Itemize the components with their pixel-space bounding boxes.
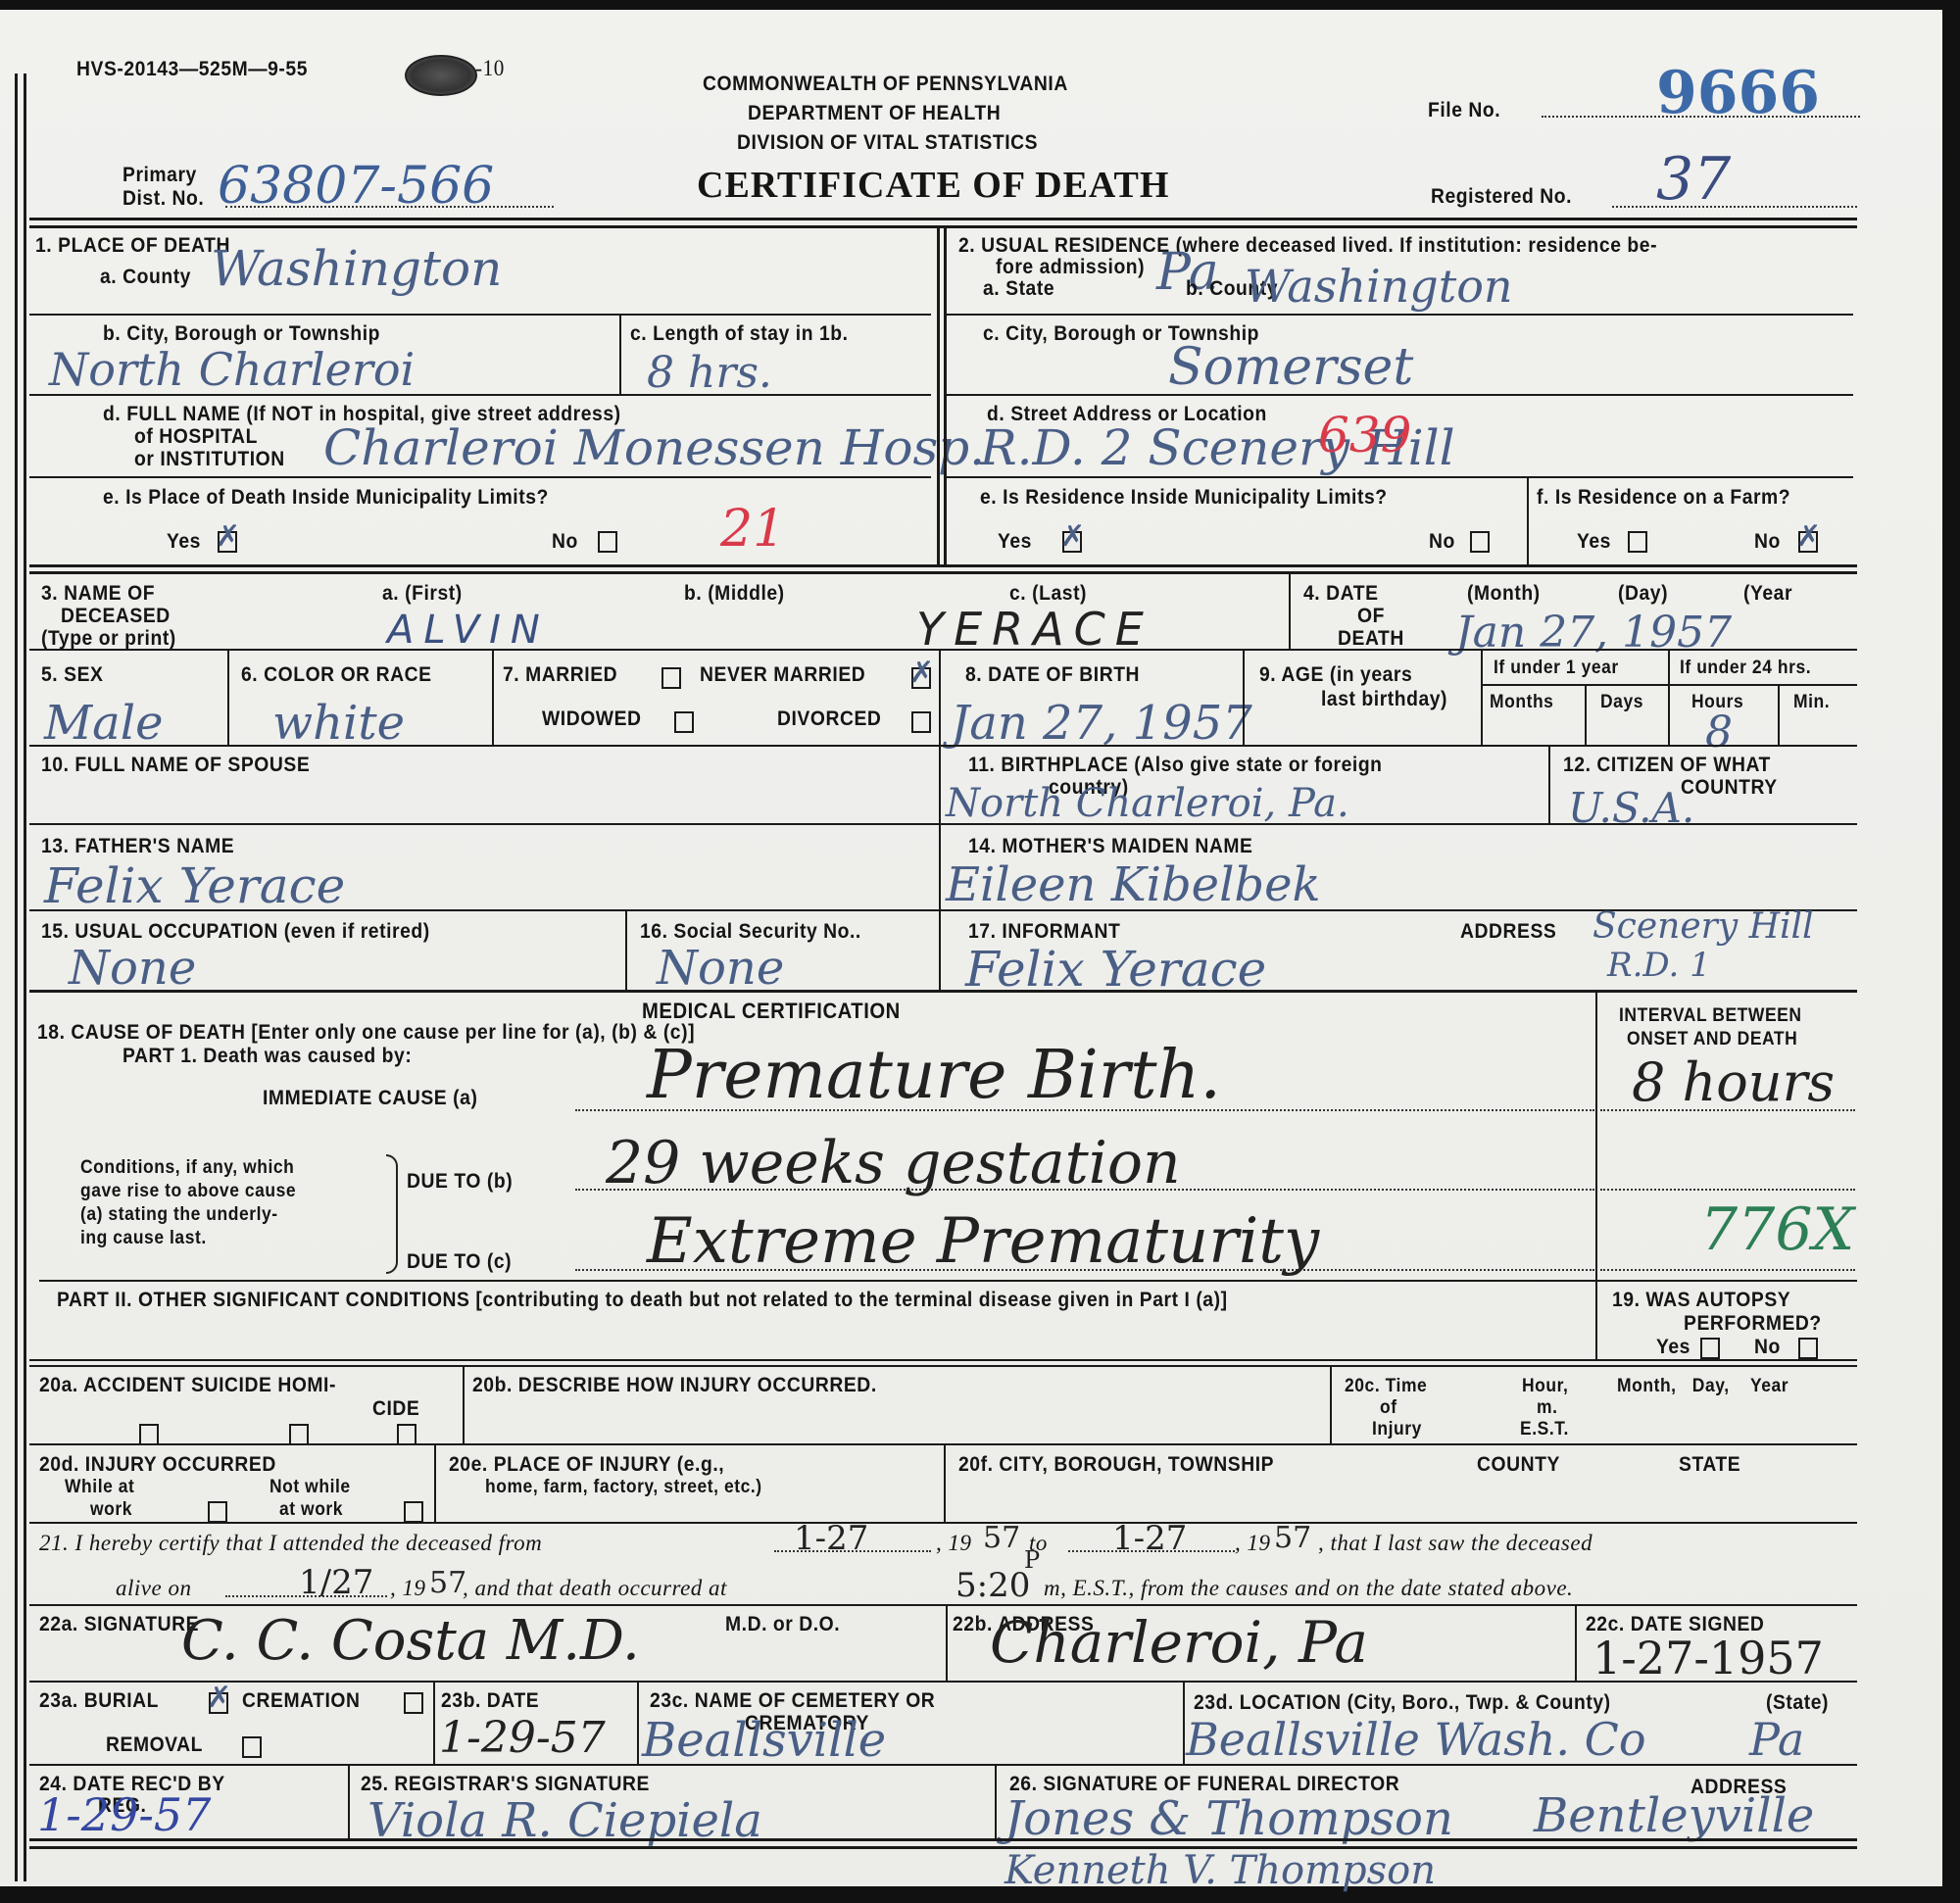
removal-checkbox[interactable]: [242, 1736, 262, 1758]
hour-label-1: Hour,: [1522, 1377, 1568, 1396]
place-county-value: Washington: [211, 240, 502, 297]
race-value: white: [272, 696, 405, 751]
injury-occurred-label: 20d. INJURY OCCURRED: [39, 1454, 276, 1476]
death-time-value: 5:20: [955, 1566, 1030, 1605]
accident-checkbox[interactable]: [139, 1424, 159, 1445]
injury-county-label: COUNTY: [1477, 1454, 1560, 1476]
days-label: Days: [1600, 693, 1643, 712]
funeral-signer-value: Kenneth V. Thompson: [1004, 1848, 1436, 1893]
occupation-label: 15. USUAL OCCUPATION (even if retired): [41, 921, 430, 943]
primary-dist-label-2: Dist. No.: [122, 188, 204, 210]
farm-no-label: No: [1754, 531, 1781, 553]
name-label-3: (Type or print): [41, 628, 176, 650]
attended-to-value: 1-27: [1112, 1519, 1187, 1558]
burial-checkbox[interactable]: [209, 1692, 228, 1714]
married-checkbox[interactable]: [661, 667, 681, 689]
informant-address-line2: R.D. 1: [1607, 946, 1711, 985]
date-recd-value: 1-29-57: [37, 1788, 211, 1841]
cremation-checkbox[interactable]: [404, 1692, 423, 1714]
alive-on-label: alive on: [116, 1576, 191, 1601]
under-24-hrs-label: If under 24 hrs.: [1680, 659, 1811, 678]
place-code-annotation: 21: [720, 500, 785, 559]
inside-limits-no-label: No: [552, 531, 578, 553]
last-name-label: c. (Last): [1009, 583, 1087, 605]
injury-city-label: 20f. CITY, BOROUGH, TOWNSHIP: [958, 1454, 1274, 1476]
ssn-label: 16. Social Security No..: [640, 921, 861, 943]
union-label-suffix: -10: [475, 57, 505, 80]
autopsy-yes-checkbox[interactable]: [1700, 1338, 1720, 1359]
left-border-outer: [15, 73, 18, 1881]
last-seen-year: 57: [429, 1566, 466, 1600]
conditions-line-3: (a) stating the underly-: [80, 1205, 278, 1225]
age-label-1: 9. AGE (in years: [1259, 664, 1412, 686]
min-label: Min.: [1793, 693, 1830, 712]
certify-year-prefix-1: , 19: [936, 1531, 972, 1556]
physician-address-value: Charleroi, Pa: [990, 1609, 1368, 1676]
describe-injury-label: 20b. DESCRIBE HOW INJURY OCCURRED.: [472, 1375, 877, 1396]
inside-limits-yes-checkbox[interactable]: [218, 531, 237, 553]
res-state-label: a. State: [983, 278, 1054, 300]
org-line-3: DIVISION OF VITAL STATISTICS: [737, 132, 1038, 154]
while-at-work-checkbox[interactable]: [208, 1501, 227, 1523]
interval-a-value: 8 hours: [1632, 1051, 1835, 1113]
time-of-injury-label-1: 20c. Time: [1345, 1377, 1427, 1396]
inside-limits-label: e. Is Place of Death Inside Municipality…: [103, 487, 549, 509]
informant-address-line1: Scenery Hill: [1592, 906, 1814, 947]
autopsy-no-checkbox[interactable]: [1798, 1338, 1818, 1359]
res-code-annotation: 639: [1318, 407, 1411, 464]
location-state-value: Pa: [1749, 1713, 1804, 1766]
due-to-c-label: DUE TO (c): [407, 1251, 512, 1273]
dod-label-1: 4. DATE: [1303, 583, 1379, 605]
hours-value: 8: [1705, 708, 1733, 757]
mother-value: Eileen Kibelbek: [946, 857, 1321, 912]
sex-value: Male: [44, 696, 164, 751]
location-value: Beallsville Wash. Co: [1186, 1713, 1646, 1766]
conditions-line-1: Conditions, if any, which: [80, 1158, 294, 1178]
informant-address-label: ADDRESS: [1460, 921, 1556, 943]
md-do-label: M.D. or D.O.: [725, 1614, 840, 1635]
autopsy-label-1: 19. WAS AUTOPSY: [1612, 1290, 1790, 1311]
month-day-year-label: Month, Day, Year: [1617, 1377, 1788, 1396]
registered-no-value: 37: [1656, 145, 1731, 214]
place-of-injury-label-2: home, farm, factory, street, etc.): [485, 1478, 762, 1497]
usual-residence-section-label-2: fore admission): [996, 257, 1145, 278]
farm-yes-label: Yes: [1577, 531, 1611, 553]
hospital-label-2: of HOSPITAL: [134, 426, 258, 448]
certificate-title: CERTIFICATE OF DEATH: [697, 164, 1169, 207]
hospital-value: Charleroi Monessen Hosp.: [323, 419, 985, 476]
injury-manner-label: 20a. ACCIDENT SUICIDE HOMI-: [39, 1375, 336, 1396]
physician-signature-value: C. C. Costa M.D.: [181, 1609, 640, 1673]
informant-label: 17. INFORMANT: [968, 921, 1120, 943]
dod-year-label: (Year: [1743, 583, 1792, 605]
months-label: Months: [1490, 693, 1553, 712]
last-name-value: YERACE: [916, 603, 1153, 656]
autopsy-label-2: PERFORMED?: [1684, 1313, 1822, 1335]
location-label: 23d. LOCATION (City, Boro., Twp. & Count…: [1194, 1692, 1611, 1714]
burial-date-label: 23b. DATE: [441, 1690, 539, 1712]
cremation-label: CREMATION: [242, 1690, 361, 1712]
immediate-cause-label: IMMEDIATE CAUSE (a): [263, 1088, 477, 1109]
divorced-checkbox[interactable]: [911, 711, 931, 733]
injury-manner-label-2: CIDE: [372, 1398, 419, 1420]
married-label: 7. MARRIED: [503, 664, 617, 686]
place-of-injury-label-1: 20e. PLACE OF INJURY (e.g.,: [449, 1454, 724, 1476]
alive-year-prefix: , 19: [390, 1576, 426, 1601]
time-of-injury-label-2: of: [1380, 1398, 1397, 1418]
certificate-paper: HVS-20143—525M—9-55 -10 COMMONWEALTH OF …: [0, 10, 1942, 1886]
farm-yes-checkbox[interactable]: [1628, 531, 1647, 553]
occupation-value: None: [69, 941, 196, 996]
never-married-label: NEVER MARRIED: [700, 664, 865, 686]
widowed-checkbox[interactable]: [674, 711, 694, 733]
res-inside-limits-label: e. Is Residence Inside Municipality Limi…: [980, 487, 1388, 509]
location-state-label: (State): [1766, 1692, 1829, 1714]
hour-label-2: m.: [1537, 1398, 1558, 1418]
never-married-checkbox[interactable]: [911, 667, 931, 689]
race-label: 6. COLOR OR RACE: [241, 664, 432, 686]
divorced-label: DIVORCED: [777, 708, 881, 730]
physician-signature-label: 22a. SIGNATURE: [39, 1614, 199, 1635]
inside-limits-yes-label: Yes: [167, 531, 201, 553]
name-label-1: 3. NAME OF: [41, 583, 155, 605]
attended-to-year: 57: [1274, 1521, 1311, 1555]
file-no-label: File No.: [1428, 100, 1500, 122]
due-to-c-value: Extreme Prematurity: [647, 1205, 1319, 1278]
part2-label: PART II. OTHER SIGNIFICANT CONDITIONS [c…: [57, 1290, 1228, 1311]
conditions-line-4: ing cause last.: [80, 1229, 207, 1248]
father-value: Felix Yerace: [44, 857, 345, 914]
spouse-label: 10. FULL NAME OF SPOUSE: [41, 755, 310, 776]
certify-year-prefix-2: , 19: [1235, 1531, 1271, 1556]
mother-label: 14. MOTHER'S MAIDEN NAME: [968, 836, 1253, 857]
dob-label: 8. DATE OF BIRTH: [965, 664, 1140, 686]
res-inside-yes-label: Yes: [998, 531, 1032, 553]
injury-state-label: STATE: [1679, 1454, 1740, 1476]
birthplace-label-1: 11. BIRTHPLACE (Also give state or forei…: [968, 755, 1383, 776]
primary-dist-value: 63807-566: [218, 157, 494, 216]
registered-no-label: Registered No.: [1431, 186, 1572, 208]
usual-residence-section-label: 2. USUAL RESIDENCE (where deceased lived…: [958, 235, 1657, 257]
widowed-label: WIDOWED: [542, 708, 642, 730]
attended-from-year: 57: [983, 1521, 1020, 1555]
not-while-at-work-label-2: at work: [279, 1500, 343, 1520]
dod-label-3: DEATH: [1338, 628, 1404, 650]
interval-label-1: INTERVAL BETWEEN: [1619, 1006, 1802, 1026]
death-occurred-label: , and that death occurred at: [463, 1576, 727, 1601]
citizen-label-1: 12. CITIZEN OF WHAT: [1563, 755, 1771, 776]
certify-text-3: m, E.S.T., from the causes and on the da…: [1044, 1576, 1573, 1601]
res-inside-no-checkbox[interactable]: [1470, 531, 1490, 553]
dod-day-label: (Day): [1618, 583, 1668, 605]
autopsy-no-label: No: [1754, 1337, 1781, 1358]
farm-no-checkbox[interactable]: [1798, 531, 1818, 553]
first-name-label: a. (First): [382, 583, 463, 605]
res-county-value: Washington: [1245, 260, 1513, 313]
conditions-line-2: gave rise to above cause: [80, 1182, 296, 1201]
registrar-signature-label: 25. REGISTRAR'S SIGNATURE: [361, 1774, 650, 1795]
stay-label: c. Length of stay in 1b.: [630, 323, 849, 345]
immediate-cause-value: Premature Birth.: [647, 1037, 1221, 1114]
hospital-label-3: or INSTITUTION: [134, 449, 285, 470]
interval-label-2: ONSET AND DEATH: [1627, 1030, 1797, 1049]
suicide-checkbox[interactable]: [289, 1424, 309, 1445]
due-to-b-label: DUE TO (b): [407, 1171, 513, 1193]
sex-label: 5. SEX: [41, 664, 103, 686]
place-of-death-section-label: 1. PLACE OF DEATH: [35, 235, 230, 257]
not-while-at-work-label-1: Not while: [269, 1478, 351, 1497]
org-line-1: COMMONWEALTH OF PENNSYLVANIA: [703, 73, 1068, 95]
certify-text-1: 21. I hereby certify that I attended the…: [39, 1531, 542, 1556]
homicide-checkbox[interactable]: [397, 1424, 416, 1445]
certify-text-2: , that I last saw the deceased: [1318, 1531, 1592, 1556]
res-city-value: Somerset: [1168, 338, 1413, 397]
while-at-work-label-2: work: [90, 1500, 132, 1520]
part1-label: PART 1. Death was caused by:: [122, 1046, 412, 1067]
middle-name-label: b. (Middle): [684, 583, 785, 605]
county-label: a. County: [100, 267, 191, 288]
res-inside-yes-checkbox[interactable]: [1062, 531, 1082, 553]
attended-from-value: 1-27: [794, 1519, 868, 1558]
city-label: b. City, Borough or Township: [103, 323, 380, 345]
name-label-2: DECEASED: [61, 606, 171, 627]
while-at-work-label-1: While at: [65, 1478, 134, 1497]
father-label: 13. FATHER'S NAME: [41, 836, 234, 857]
form-code: HVS-20143—525M—9-55: [76, 59, 308, 80]
medical-certification-heading: MEDICAL CERTIFICATION: [642, 1000, 901, 1022]
due-to-b-value: 29 weeks gestation: [606, 1129, 1181, 1197]
cemetery-value: Beallsville: [642, 1713, 886, 1768]
dod-label-2: OF: [1357, 606, 1385, 627]
time-of-injury-label-3: Injury: [1372, 1420, 1422, 1439]
date-signed-value: 1-27-1957: [1592, 1632, 1824, 1684]
funeral-address-value: Bentleyville: [1534, 1788, 1814, 1843]
left-border-inner: [24, 73, 26, 1881]
citizen-label-2: COUNTRY: [1681, 777, 1778, 799]
farm-label: f. Is Residence on a Farm?: [1537, 487, 1790, 509]
under-1-year-label: If under 1 year: [1494, 659, 1619, 678]
dob-value: Jan 27, 1957: [951, 696, 1252, 751]
res-inside-no-label: No: [1429, 531, 1455, 553]
cemetery-label-1: 23c. NAME OF CEMETERY OR: [650, 1690, 935, 1712]
first-name-value: ALVIN: [387, 608, 550, 653]
cause-code-annotation: 776X: [1700, 1195, 1854, 1264]
dod-month-label: (Month): [1467, 583, 1541, 605]
last-seen-value: 1/27: [299, 1563, 373, 1602]
file-no-value: 9666: [1656, 59, 1820, 127]
primary-dist-label-1: Primary: [122, 165, 197, 186]
death-time-ampm: P: [1024, 1546, 1040, 1574]
not-while-at-work-checkbox[interactable]: [404, 1501, 423, 1523]
age-label-2: last birthday): [1321, 689, 1447, 710]
stay-value: 8 hrs.: [647, 348, 772, 398]
conditions-brace: [386, 1154, 398, 1274]
birthplace-value: North Charleroi, Pa.: [946, 781, 1349, 826]
place-city-value: North Charleroi: [49, 343, 415, 396]
removal-label: REMOVAL: [106, 1734, 203, 1756]
burial-label: 23a. BURIAL: [39, 1690, 159, 1712]
org-line-2: DEPARTMENT OF HEALTH: [748, 103, 1001, 124]
cause-of-death-label: 18. CAUSE OF DEATH [Enter only one cause…: [37, 1022, 695, 1044]
ssn-value: None: [657, 941, 784, 996]
burial-date-value: 1-29-57: [439, 1713, 606, 1763]
hour-label-3: E.S.T.: [1520, 1420, 1569, 1439]
union-label-seal-icon: [405, 55, 477, 96]
autopsy-yes-label: Yes: [1656, 1337, 1690, 1358]
inside-limits-no-checkbox[interactable]: [598, 531, 617, 553]
